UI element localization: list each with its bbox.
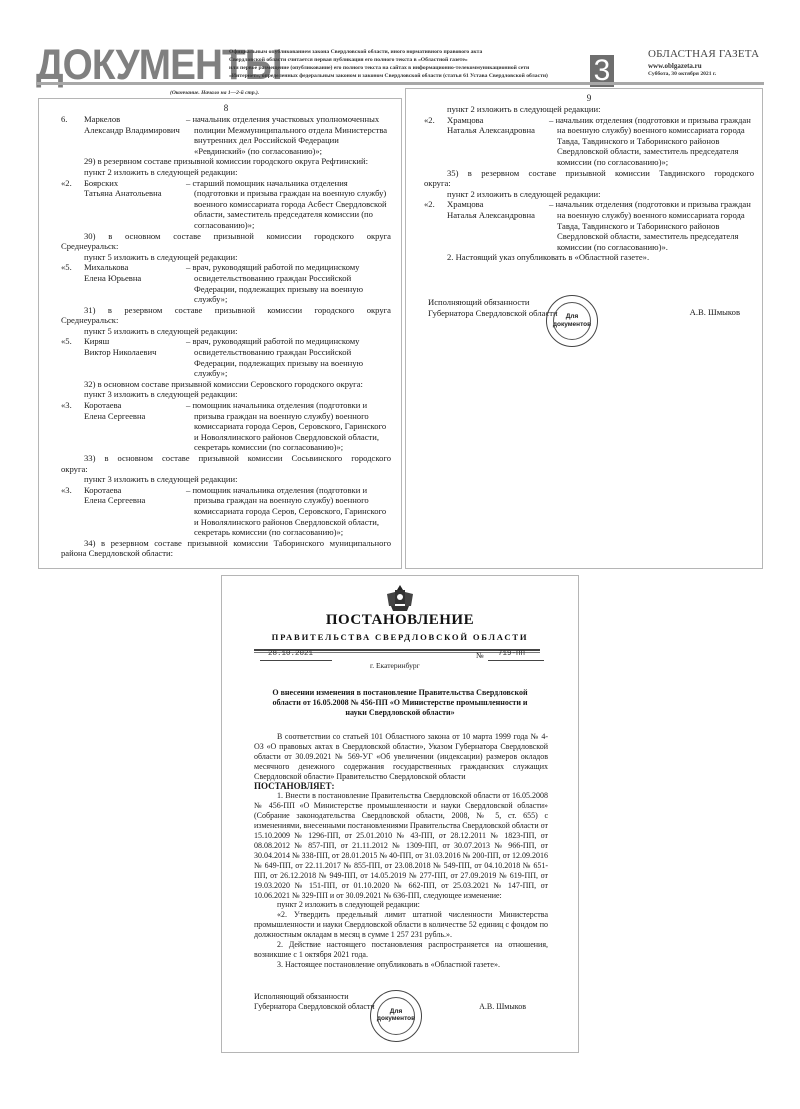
paragraph-continuation: района Свердловской области: (61, 548, 391, 559)
signatory-name: А.В. Шмыков (479, 1002, 526, 1012)
paragraph: 32) в основном составе призывной комисси… (61, 379, 391, 390)
resolution-heading: О внесении изменения в постановление Пра… (262, 688, 538, 718)
document-page-9: 9 пункт 2 изложить в следующей редакции:… (405, 88, 763, 569)
paragraph: пункт 5 изложить в следующей редакции: (61, 252, 391, 263)
website-link[interactable]: www.oblgazeta.ru (648, 62, 702, 70)
entry-number: «2. (424, 115, 447, 168)
decree-word: ПОСТАНОВЛЯЕТ: (254, 782, 548, 792)
signatory-name: А.В. Шмыков (690, 307, 740, 318)
page-9-number: 9 (424, 93, 754, 104)
paragraph: 29) в резервном составе призывной комисс… (61, 156, 391, 167)
paragraph: пункт 3 изложить в следующей редакции: (61, 474, 391, 485)
paragraph: 30) в основном составе призывной комисси… (61, 231, 391, 242)
resolution-signature: Исполняющий обязанности Губернатора Свер… (254, 992, 548, 1052)
newspaper-name: ОБЛАСТНАЯ ГАЗЕТА (648, 48, 759, 60)
resolution-subtitle: ПРАВИТЕЛЬСТВА СВЕРДЛОВСКОЙ ОБЛАСТИ (222, 632, 578, 642)
entry-number: «2. (61, 178, 84, 231)
number-label: № (476, 651, 484, 660)
person-name: КоротаеваЕлена Сергеевна (84, 485, 186, 538)
page-9-signature: Исполняющий обязанности Губернатора Свер… (428, 297, 748, 377)
person-role: – помощник начальника отделения (подгото… (186, 400, 391, 453)
seal-stamp-icon: Для документов (370, 990, 422, 1042)
person-role: – помощник начальника отделения (подгото… (186, 485, 391, 538)
person-name: БоярскихТатьяна Анатольевна (84, 178, 186, 231)
entry-number: «3. (61, 400, 84, 453)
paragraph: 2. Настоящий указ опубликовать в «Област… (424, 252, 754, 263)
resolution-document: ПОСТАНОВЛЕНИЕ ПРАВИТЕЛЬСТВА СВЕРДЛОВСКОЙ… (221, 575, 579, 1053)
page-8-body: 8 6.МаркеловАлександр Владимирович– нача… (61, 103, 391, 559)
person-name: МихальковаЕлена Юрьевна (84, 262, 186, 304)
resolution-title: ПОСТАНОВЛЕНИЕ (222, 612, 578, 629)
preamble: В соответствии со статьей 101 Областного… (254, 732, 548, 782)
list-entry: «2.БоярскихТатьяна Анатольевна– старший … (61, 178, 391, 231)
paragraph: пункт 2 изложить в следующей редакции: (424, 189, 754, 200)
continuation-note: (Окончание. Начало на 1—2-й стр.). (170, 90, 259, 96)
paragraph: пункт 3 изложить в следующей редакции: (61, 389, 391, 400)
masthead: ДОКУМЕНТЫ Официальным опубликованием зак… (36, 44, 764, 84)
number-underline (488, 660, 544, 661)
person-name: КоротаеваЕлена Сергеевна (84, 400, 186, 453)
person-role: – начальник отделения (подготовки и приз… (549, 199, 754, 252)
paragraph: 31) в резервном составе призывной комисс… (61, 305, 391, 316)
date-underline (260, 660, 332, 661)
publication-notice: Официальным опубликованием закона Свердл… (229, 49, 589, 81)
person-role: – начальник отделения (подготовки и приз… (549, 115, 754, 168)
resolution-city: г. Екатеринбург (370, 661, 420, 670)
entry-number: 6. (61, 114, 84, 156)
item-2: 2. Действие настоящего постановления рас… (254, 940, 548, 960)
item-1-sub: пункт 2 изложить в следующей редакции: (254, 900, 548, 910)
masthead-divider (36, 82, 764, 85)
list-entry: «2.ХрамцоваНаталья Александровна– началь… (424, 115, 754, 168)
entry-number: «2. (424, 199, 447, 252)
person-name: ХрамцоваНаталья Александровна (447, 199, 549, 252)
resolution-number: 719-ПП (498, 650, 525, 658)
paragraph-continuation: округа: (61, 464, 391, 475)
item-1: 1. Внести в постановление Правительства … (254, 791, 548, 900)
paragraph: пункт 5 изложить в следующей редакции: (61, 326, 391, 337)
paragraph-continuation: Среднеуральск: (61, 241, 391, 252)
person-role: – врач, руководящий работой по медицинск… (186, 336, 391, 378)
entry-number: «5. (61, 336, 84, 378)
paragraph-continuation: округа: (424, 178, 754, 189)
document-page-8: 8 6.МаркеловАлександр Владимирович– нача… (38, 98, 402, 569)
list-entry: «2.ХрамцоваНаталья Александровна– началь… (424, 199, 754, 252)
paragraph-continuation: Среднеуральск: (61, 315, 391, 326)
list-entry: «3.КоротаеваЕлена Сергеевна– помощник на… (61, 485, 391, 538)
person-role: – начальник отделения участковых уполном… (186, 114, 391, 156)
person-role: – старший помощник начальника отделения … (186, 178, 391, 231)
item-3: 3. Настоящее постановление опубликовать … (254, 960, 548, 970)
person-name: МаркеловАлександр Владимирович (84, 114, 186, 156)
item-1-quote: «2. Утвердить предельный лимит штатной ч… (254, 910, 548, 940)
entry-number: «5. (61, 262, 84, 304)
list-entry: «5.МихальковаЕлена Юрьевна– врач, руково… (61, 262, 391, 304)
paragraph: 33) в основном составе призывной комисси… (61, 453, 391, 464)
list-entry: «3.КоротаеваЕлена Сергеевна– помощник на… (61, 400, 391, 453)
resolution-date: 28.10.2021 (268, 650, 313, 658)
resolution-body: В соответствии со статьей 101 Областного… (254, 732, 548, 1052)
person-role: – врач, руководящий работой по медицинск… (186, 262, 391, 304)
list-entry: «5.КиряшВиктор Николаевич– врач, руковод… (61, 336, 391, 378)
list-entry: 6.МаркеловАлександр Владимирович– началь… (61, 114, 391, 156)
person-name: КиряшВиктор Николаевич (84, 336, 186, 378)
issue-date: Суббота, 30 октября 2021 г. (648, 71, 716, 77)
entry-number: «3. (61, 485, 84, 538)
paragraph: пункт 2 изложить в следующей редакции: (61, 167, 391, 178)
page-8-number: 8 (61, 103, 391, 114)
person-name: ХрамцоваНаталья Александровна (447, 115, 549, 168)
paragraph: 35) в резервном составе призывной комисс… (424, 168, 754, 179)
seal-stamp-icon: Для документов (546, 295, 598, 347)
paragraph: 34) в резервном составе призывной комисс… (61, 538, 391, 549)
page-9-body: 9 пункт 2 изложить в следующей редакции:… (424, 93, 754, 263)
paragraph: пункт 2 изложить в следующей редакции: (424, 104, 754, 115)
coat-of-arms-icon (385, 584, 415, 612)
